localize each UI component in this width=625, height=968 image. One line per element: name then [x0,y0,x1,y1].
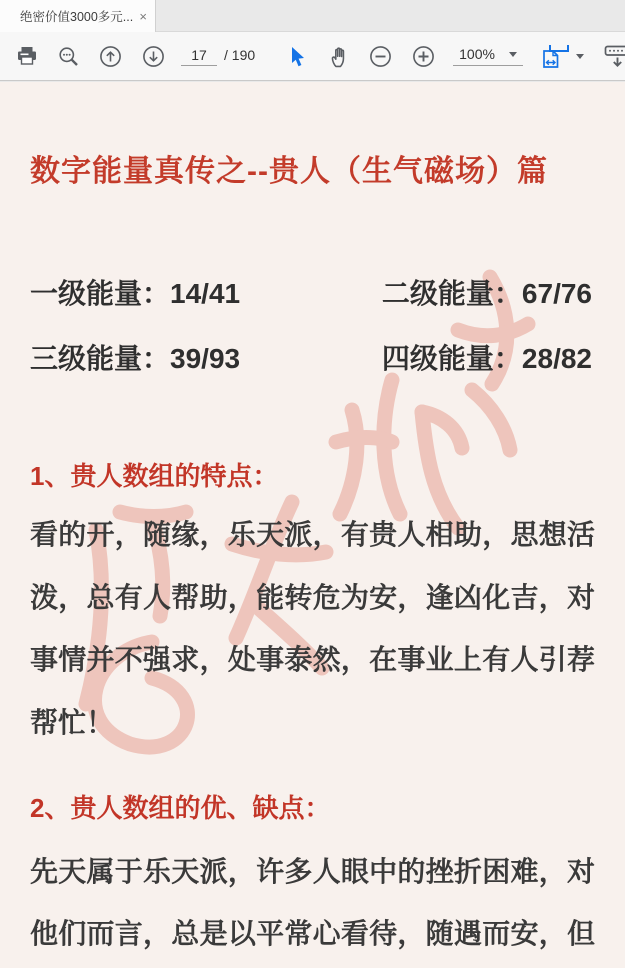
energy-level-1: 一级能量：14/41 [30,272,240,312]
next-page-button[interactable] [138,41,169,72]
plus-circle-icon [412,45,435,68]
hand-tool-button[interactable] [323,41,353,72]
fit-width-icon [541,43,571,69]
arrow-down-circle-icon [142,45,165,68]
print-button[interactable] [12,42,42,70]
energy-row-1: 一级能量：14/41 二级能量：67/76 [30,272,592,312]
zoom-level-value: 100% [459,46,495,62]
section-1-heading: 1、贵人数组的特点： [30,456,595,493]
page-count-label: / 190 [224,47,255,63]
pdf-page: 数字能量真传之--贵人（生气磁场）篇 一级能量：14/41 二级能量：67/76… [0,82,625,968]
search-icon [58,46,79,67]
zoom-out-button[interactable] [365,41,396,72]
hide-toolbar-button[interactable] [600,41,625,72]
document-title: 数字能量真传之--贵人（生气磁场）篇 [30,146,605,190]
chevron-down-icon [576,54,584,59]
arrow-up-circle-icon [99,45,122,68]
section-2-heading: 2、贵人数组的优、缺点： [30,788,595,825]
minus-circle-icon [369,45,392,68]
page-number-group: / 190 [181,47,255,66]
close-icon[interactable]: × [139,10,147,23]
document-tab[interactable]: 绝密价值3000多元... × [0,0,156,32]
select-tool-button[interactable] [285,42,311,71]
hide-toolbar-icon [604,45,625,68]
page-number-input[interactable] [181,47,217,66]
chevron-down-icon [509,52,517,57]
paragraph-line: 泼，总有人帮助，能转危为安，逢凶化吉，对 [30,576,595,618]
paragraph-line: 看的开，随缘，乐天派，有贵人相助，思想活 [30,513,595,555]
cursor-arrow-icon [289,46,307,67]
hand-icon [327,45,349,68]
energy-row-2: 三级能量：39/93 四级能量：28/82 [30,337,592,377]
energy-level-2: 二级能量：67/76 [382,272,592,312]
tab-title: 绝密价值3000多元... [20,7,133,25]
tab-strip: 绝密价值3000多元... × [0,0,625,32]
previous-page-button[interactable] [95,41,126,72]
energy-level-4: 四级能量：28/82 [382,337,592,377]
paragraph-line: 先天属于乐天派，许多人眼中的挫折困难，对 [30,850,595,892]
zoom-level-dropdown[interactable]: 100% [453,46,523,66]
find-button[interactable] [54,42,83,71]
paragraph-line: 他们而言，总是以平常心看待，随遇而安，但 [30,912,595,954]
paragraph-line: 帮忙！ [30,701,595,743]
paragraph-line: 事情并不强求，处事泰然，在事业上有人引荐 [30,638,595,680]
fit-width-button[interactable] [537,39,588,73]
printer-icon [16,46,38,66]
energy-level-3: 三级能量：39/93 [30,337,240,377]
pdf-toolbar: / 190 100% [0,32,625,81]
zoom-in-button[interactable] [408,41,439,72]
